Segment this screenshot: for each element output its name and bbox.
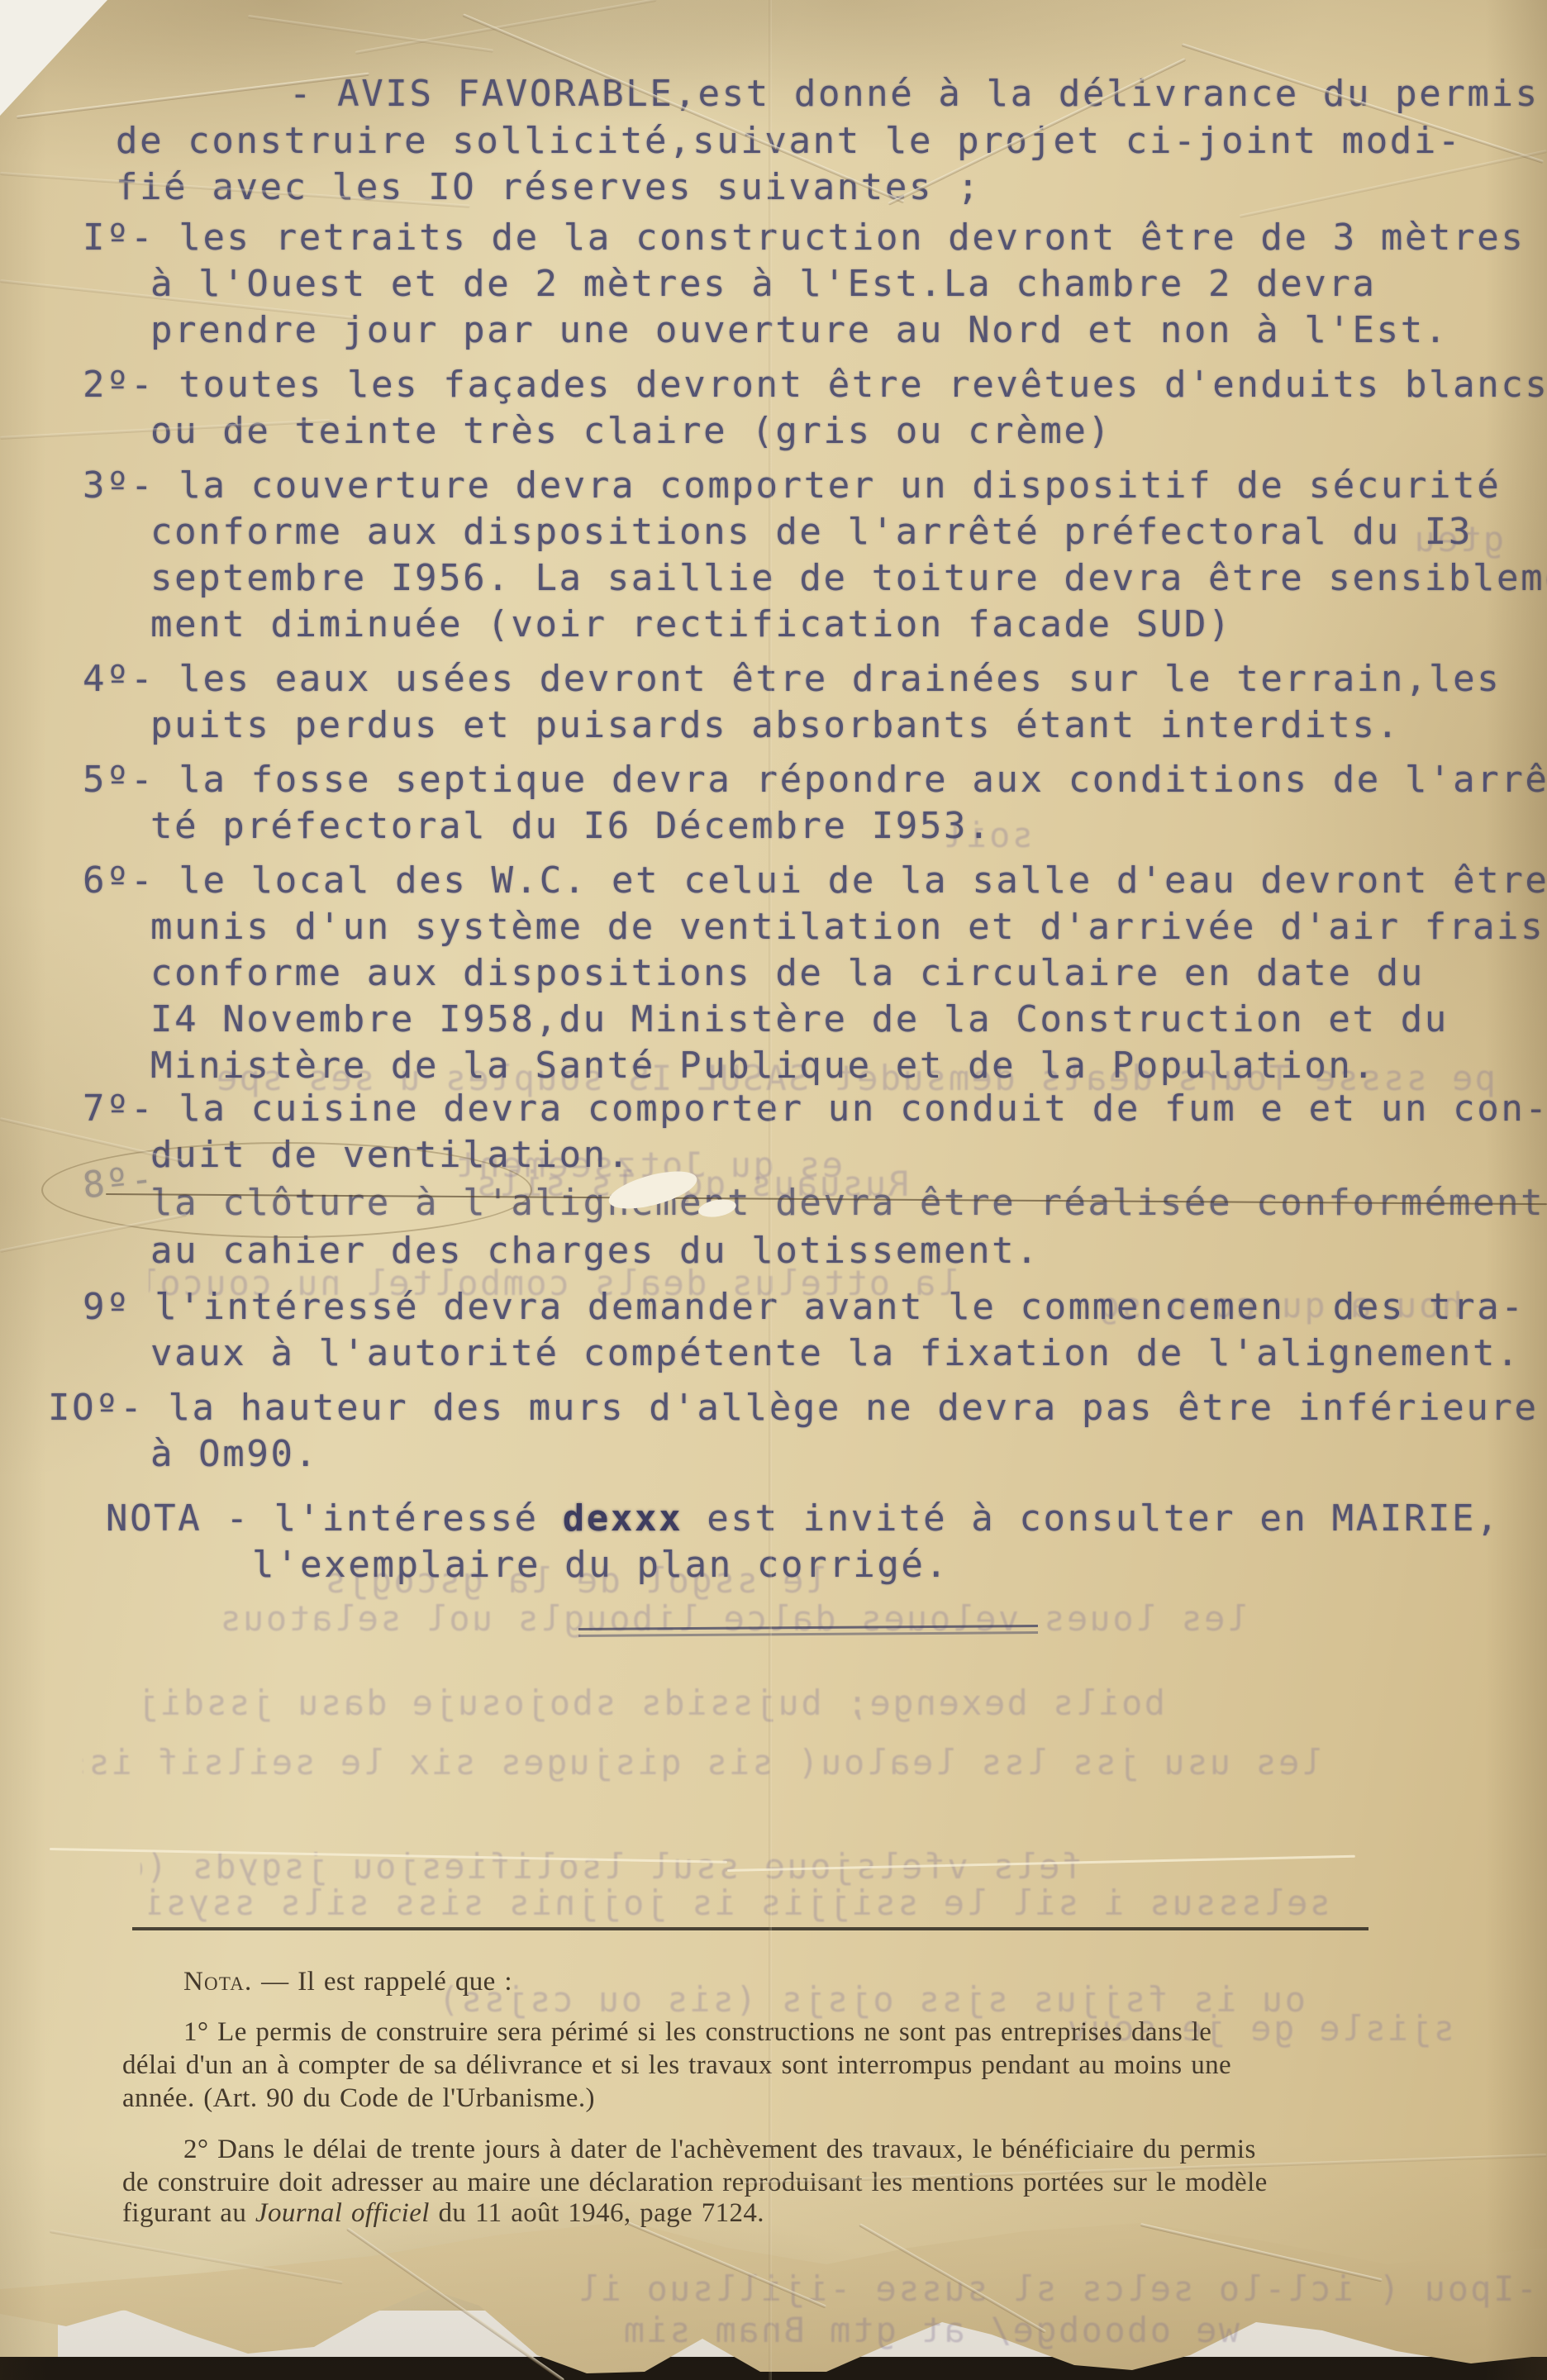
- typed-line-segment: NOTA - l'intéressé: [106, 1497, 563, 1540]
- typed-line: munis d'un système de ventilation et d'a…: [150, 906, 1545, 948]
- typed-line: té préfectoral du I6 Décembre I953.: [150, 805, 992, 847]
- printed-line-segment: — Il est rappelé que :: [253, 1967, 512, 1997]
- typed-line: de construire sollicité,suivant le proje…: [116, 120, 1462, 162]
- typed-line: ou de teinte très claire (gris ou crème): [150, 410, 1112, 452]
- printed-line-segment: du 11 août 1946, page 7124.: [430, 2198, 764, 2228]
- typed-line: 7º- la cuisine devra comporter un condui…: [83, 1088, 1547, 1130]
- typed-line: fié avec les IO réserves suivantes ;: [116, 166, 981, 208]
- typed-line: NOTA - l'intéressé dexxx est invité à co…: [106, 1497, 1500, 1540]
- typed-line: Iº- les retraits de la construction devr…: [83, 217, 1525, 259]
- typed-line: I4 Novembre I958,du Ministère de la Cons…: [150, 998, 1449, 1040]
- typed-line: conforme aux dispositions de l'arrêté pr…: [150, 511, 1473, 553]
- typed-line: septembre I956. La saillie de toiture de…: [150, 557, 1547, 599]
- ghost-text-line: selsssus i sil le ssijjis is jojjnis sis…: [149, 1883, 1330, 1923]
- typed-line-segment: dexxx: [563, 1497, 683, 1540]
- typed-line: 4º- les eaux usées devront être drainées…: [83, 658, 1501, 700]
- printed-line-segment: figurant au: [122, 2198, 255, 2228]
- typed-line: - AVIS FAVORABLE,est donné à la délivran…: [289, 73, 1540, 115]
- typed-line: 6º- le local des W.C. et celui de la sal…: [83, 859, 1547, 902]
- center-fold: [769, 0, 772, 2380]
- typed-line: Ministère de la Santé Publique et de la …: [150, 1045, 1377, 1087]
- typed-line: à Om90.: [150, 1433, 319, 1475]
- paper-crease: [41, 1142, 532, 1238]
- ghost-text-line: we oboobge/ at gtm Bnam sim: [446, 2310, 1240, 2350]
- typed-line: puits perdus et puisards absorbants étan…: [150, 704, 1401, 746]
- printed-line: 1° Le permis de construire sera périmé s…: [183, 2017, 1211, 2048]
- printed-rule: [132, 1927, 1368, 1930]
- printed-line: figurant au Journal officiel du 11 août …: [122, 2198, 764, 2229]
- typed-line: l'exemplaire du plan corrigé.: [252, 1544, 950, 1586]
- typed-line: 5º- la fosse septique devra répondre aux…: [83, 759, 1547, 801]
- typed-line: ment diminuée (voir rectification facade…: [150, 603, 1232, 645]
- printed-line-segment: Journal officiel: [255, 2198, 430, 2228]
- typed-line: vaux à l'autorité compétente la fixation…: [150, 1332, 1521, 1374]
- typed-line: conforme aux dispositions de la circulai…: [150, 952, 1425, 994]
- ghost-text-line: les usu jss lss lealou( sis qisjuges six…: [83, 1742, 1322, 1783]
- typed-line: 2º- toutes les façades devront être revê…: [83, 364, 1547, 406]
- printed-line-segment: Nota.: [183, 1967, 253, 1997]
- typed-line: IOº- la hauteur des murs d'allège ne dev…: [48, 1387, 1539, 1429]
- printed-line: année. (Art. 90 du Code de l'Urbanisme.): [122, 2083, 595, 2114]
- typed-line-segment: est invité à consulter en MAIRIE,: [683, 1497, 1500, 1540]
- typed-line: 9º l'intéressé devra demander avant le c…: [83, 1286, 1525, 1328]
- printed-line: Nota. — Il est rappelé que :: [183, 1967, 512, 1997]
- ghost-text-line: boils bexenge; bujssids sbojosuje dasu j…: [140, 1683, 1165, 1723]
- typed-line: à l'Ouest et de 2 mètres à l'Est.La cham…: [150, 263, 1377, 305]
- printed-line: délai d'un an à compter de sa délivrance…: [122, 2050, 1231, 2081]
- typed-line: 3º- la couverture devra comporter un dis…: [83, 464, 1501, 507]
- printed-line: 2° Dans le délai de trente jours à dater…: [183, 2135, 1256, 2165]
